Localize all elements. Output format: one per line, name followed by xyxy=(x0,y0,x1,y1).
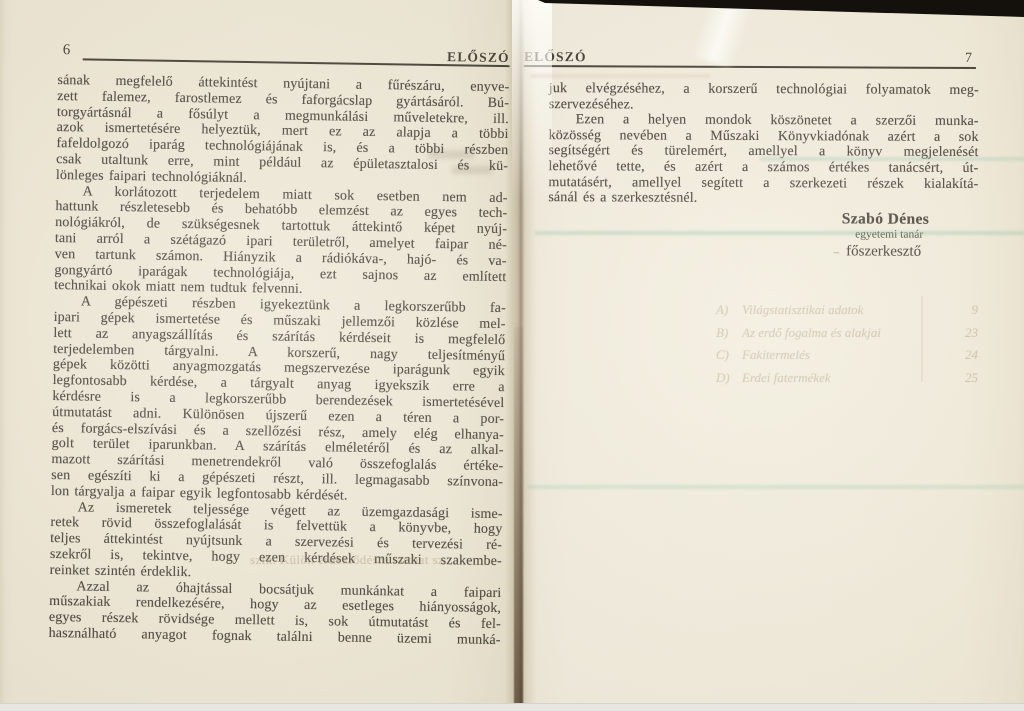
running-header-label: ELŐSZÓ xyxy=(524,49,587,66)
signature-role: –főszerkesztő xyxy=(523,240,929,263)
stray-mark: – xyxy=(834,246,840,258)
text-line: szervezéséhez. xyxy=(549,97,979,114)
toc-title: Az erdő fogalma és alakjai xyxy=(742,322,944,345)
right-page-number: 7 xyxy=(960,51,976,68)
toc-page: 24 xyxy=(944,344,978,367)
bleedthrough-toc-row: A)Világstatisztikai adatok9 xyxy=(716,299,978,322)
toc-title: Világstatisztikai adatok xyxy=(742,299,944,322)
toc-label: A) xyxy=(716,299,742,322)
left-running-header: 6 ELŐSZÓ xyxy=(58,42,510,67)
paragraph: Ezen a helyen mondok köszönetet a szerző… xyxy=(548,112,978,207)
right-running-header: ELŐSZÓ 7 xyxy=(524,48,976,69)
left-page: 6 ELŐSZÓ sának megfelelő áttekintést nyú… xyxy=(0,0,518,711)
paragraph: Az ismeretek teljessége végett az üzemga… xyxy=(50,499,503,585)
book-scan: 6 ELŐSZÓ sának megfelelő áttekintést nyú… xyxy=(0,0,1024,711)
toc-label: C) xyxy=(716,344,742,367)
paragraph: A korlátozott terjedelem miatt sok esetb… xyxy=(54,184,508,302)
toc-title: Erdei fatermékek xyxy=(742,367,944,390)
right-page-content: ELŐSZÓ 7 juk elvégzéséhez, a korszerű te… xyxy=(523,48,976,263)
running-header-label: ELŐSZÓ xyxy=(447,49,510,66)
bleedthrough-toc-row: D)Erdei fatermékek25 xyxy=(716,367,978,390)
bleedthrough-toc-row: B)Az erdő fogalma és alakjai23 xyxy=(716,322,978,345)
toc-title: Fakitermelés xyxy=(742,344,944,367)
text-line: sánál és a szerkesztésnél. xyxy=(548,190,978,207)
paragraph: Azzal az óhajtással bocsátjuk munkánkat … xyxy=(49,578,502,648)
text-line: lehetővé tette, és azért a számos értéke… xyxy=(548,159,978,176)
right-page: ELŐSZÓ 7 juk elvégzéséhez, a korszerű te… xyxy=(518,0,1024,711)
text-line: mutatásért, amellyel segített a szerkeze… xyxy=(548,175,978,192)
left-body-text: sának megfelelő áttekintést nyújtani a f… xyxy=(49,73,510,649)
paragraph: A gépészeti részben igyekeztünk a legkor… xyxy=(51,294,506,506)
bleedthrough-toc-row: C)Fakitermelés24 xyxy=(716,344,978,367)
text-line: juk elvégzéséhez, a korszerű technológia… xyxy=(549,81,979,98)
header-rule: ELŐSZÓ 7 xyxy=(524,48,976,69)
right-body-text: juk elvégzéséhez, a korszerű technológia… xyxy=(548,81,979,208)
toc-page: 25 xyxy=(944,367,978,390)
text-line: Ezen a helyen mondok köszönetet a szerző… xyxy=(549,112,979,129)
header-rule: ELŐSZÓ xyxy=(82,42,510,67)
toc-label: B) xyxy=(716,322,742,345)
text-line: segítségért és türelemért, amellyel a kö… xyxy=(549,143,979,160)
text-line: közösség nevében a Műszaki Könyvkiadónak… xyxy=(549,128,979,145)
toc-page: 23 xyxy=(944,322,978,345)
signature-block: Szabó Dénes egyetemi tanár –főszerkesztő xyxy=(523,209,975,263)
bleedthrough-toc: A)Világstatisztikai adatok9B)Az erdő fog… xyxy=(716,299,978,389)
paragraph: sának megfelelő áttekintést nyújtani a f… xyxy=(56,73,510,191)
toc-page: 9 xyxy=(944,299,978,322)
signature-name: Szabó Dénes xyxy=(523,209,929,228)
paragraph: juk elvégzéséhez, a korszerű technológia… xyxy=(549,81,979,114)
toc-label: D) xyxy=(716,367,742,390)
bleedthrough-toc-rule xyxy=(921,296,923,382)
left-page-number: 6 xyxy=(58,42,71,60)
left-page-content: 6 ELŐSZÓ sának megfelelő áttekintést nyú… xyxy=(49,42,510,649)
